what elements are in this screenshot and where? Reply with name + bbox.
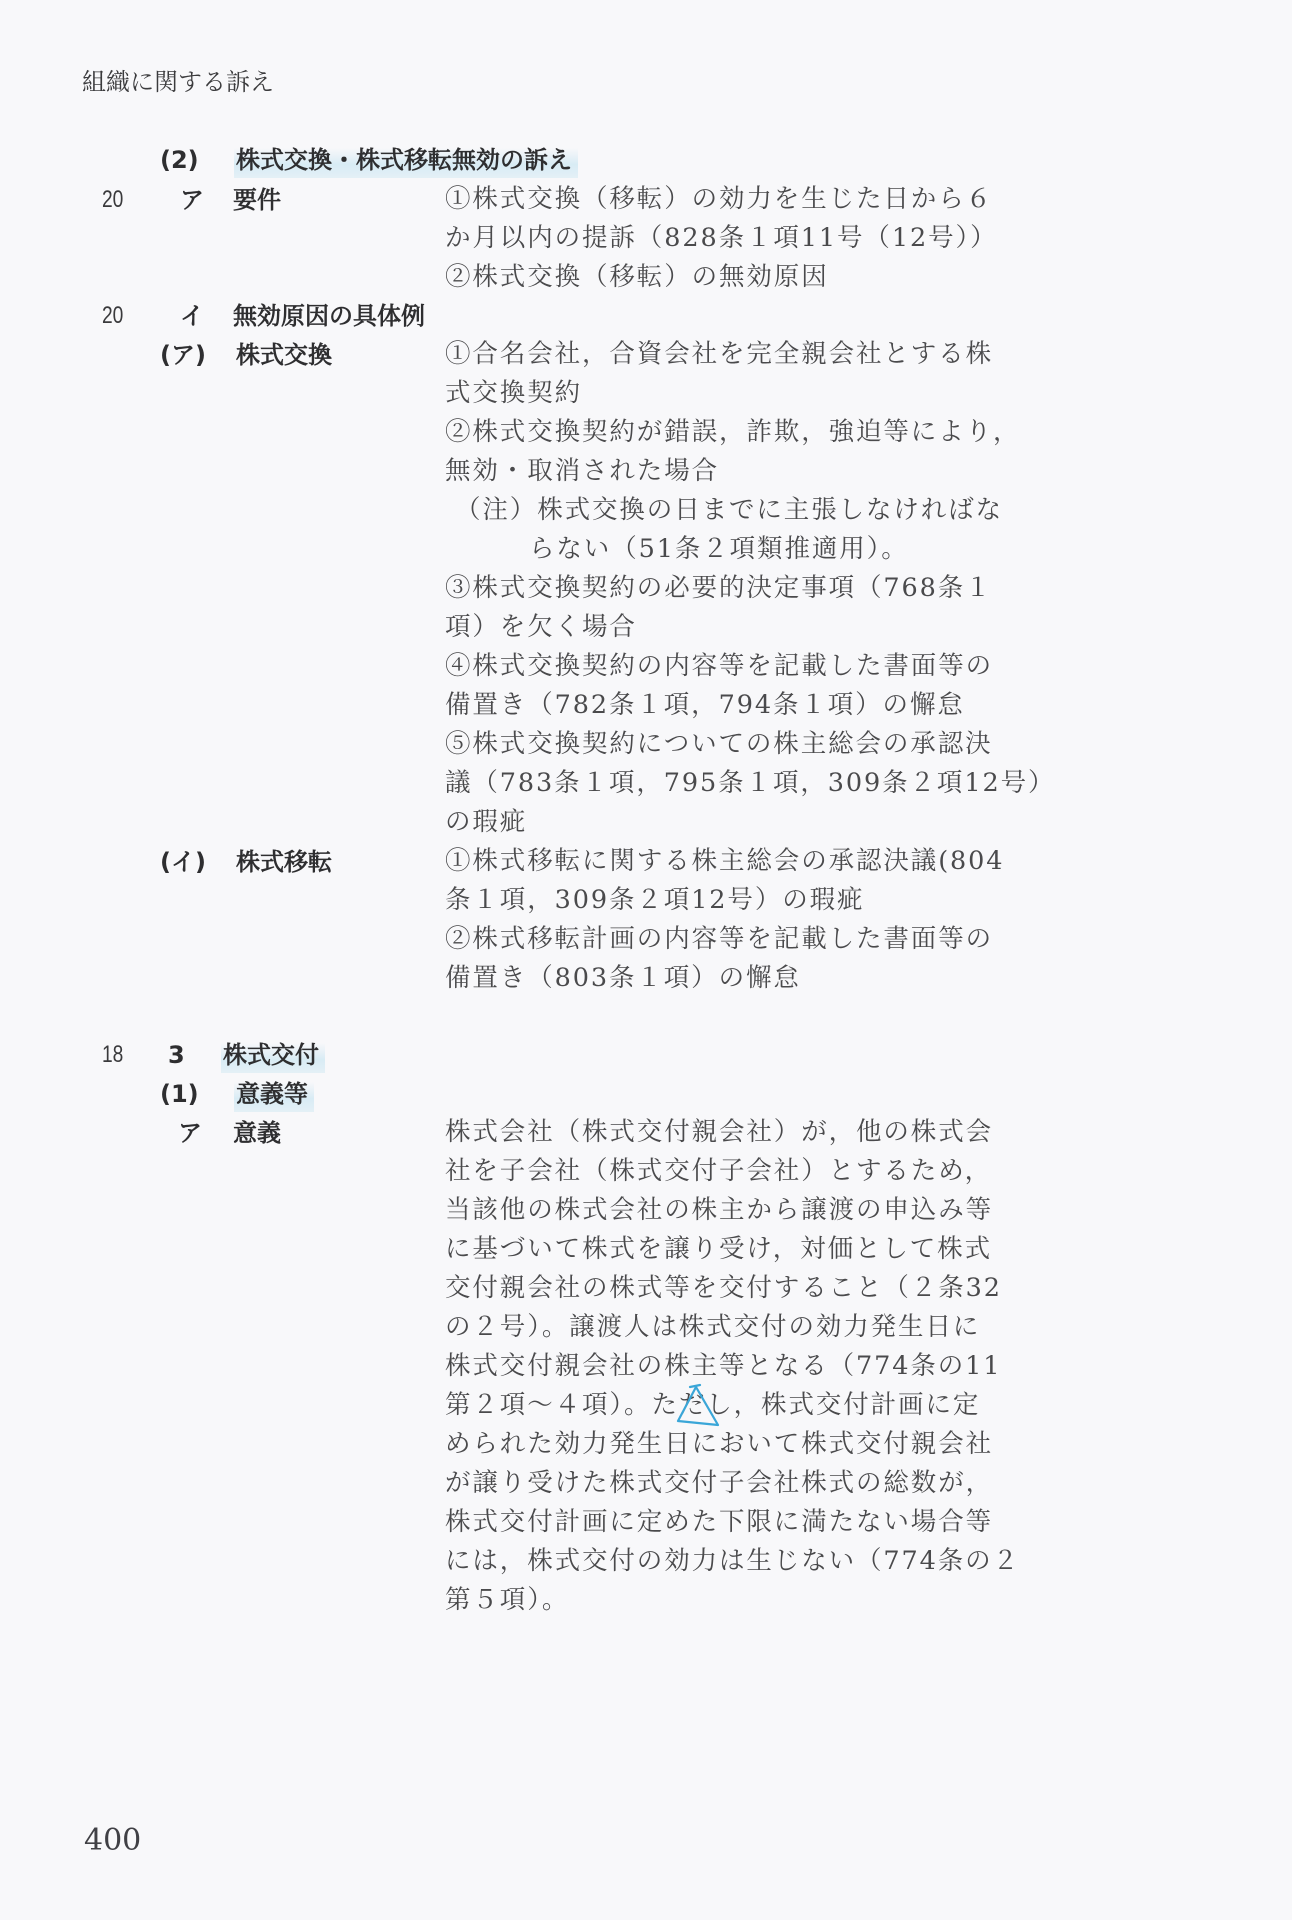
running-header: 組織に関する訴え: [82, 70, 274, 94]
handwritten-triangle-icon: [670, 1383, 730, 1433]
body-line: ④株式交換契約の内容等を記載した書面等の: [445, 654, 993, 680]
body-line: 備置き（803条１項）の懈怠: [445, 966, 801, 992]
subitem-title-share-exchange: 株式交換: [236, 343, 332, 367]
body-line: の瑕疵: [445, 810, 527, 836]
body-line: か月以内の提訴（828条１項11号（12号））: [445, 226, 998, 252]
section-3-title: 株式交付: [221, 1043, 325, 1073]
body-line: 交付親会社の株式等を交付すること（２条32: [445, 1276, 1002, 1302]
body-line: ⑤株式交換契約についての株主総会の承認決: [445, 732, 993, 758]
body-line: ①株式交換（移転）の効力を生じた日から６: [445, 187, 993, 213]
item-title-meaning: 意義: [233, 1121, 281, 1145]
body-line: 株式交付親会社の株主等となる（774条の11: [445, 1354, 1001, 1380]
item-marker: イ: [180, 304, 204, 328]
item-title-requirements: 要件: [233, 188, 281, 212]
subitem-marker: (イ): [160, 850, 206, 874]
subsection-title-significance: 意義等: [234, 1082, 314, 1112]
body-line: 条１項，309条２項12号）の瑕疵: [445, 888, 864, 914]
note-line: らない（51条２項類推適用）。: [529, 537, 909, 563]
item-marker: ア: [178, 1121, 202, 1145]
item-marker: ア: [180, 188, 204, 212]
body-line: 式交換契約: [445, 381, 582, 407]
subitem-title-share-transfer: 株式移転: [236, 850, 332, 874]
margin-number: 18: [102, 1043, 123, 1067]
section-2-marker: (2): [160, 148, 199, 172]
body-line: 無効・取消された場合: [445, 459, 719, 485]
item-title-invalidity-examples: 無効原因の具体例: [233, 304, 425, 328]
section-2-title: 株式交換・株式移転無効の訴え: [234, 148, 578, 178]
body-line: ①合名会社，合資会社を完全親会社とする株: [445, 342, 993, 368]
page-number: 400: [84, 1826, 141, 1856]
body-line: の２号）。譲渡人は株式交付の効力発生日に: [445, 1315, 980, 1341]
body-line: に基づいて株式を譲り受け，対価として株式: [445, 1237, 992, 1263]
body-line: ③株式交換契約の必要的決定事項（768条１: [445, 576, 993, 602]
body-line: 備置き（782条１項，794条１項）の懈怠: [445, 693, 965, 719]
body-line: 項）を欠く場合: [445, 615, 637, 641]
subsection-marker: (1): [160, 1082, 199, 1106]
body-line: には，株式交付の効力は生じない（774条の２: [445, 1549, 1020, 1575]
section-3-marker: 3: [168, 1043, 185, 1067]
note-line: （注）株式交換の日までに主張しなければな: [455, 498, 1003, 524]
margin-number: 20: [102, 304, 123, 328]
subitem-marker: (ア): [160, 343, 206, 367]
body-line: ②株式交換契約が錯誤，詐欺，強迫等により，: [445, 420, 1020, 446]
body-line: ①株式移転に関する株主総会の承認決議(804: [445, 849, 1004, 875]
body-line: ②株式交換（移転）の無効原因: [445, 265, 829, 291]
body-line: 株式交付計画に定めた下限に満たない場合等: [445, 1510, 993, 1536]
body-line: 社を子会社（株式交付子会社）とするため，: [445, 1159, 992, 1185]
body-line: が譲り受けた株式交付子会社株式の総数が，: [445, 1471, 993, 1497]
body-line: 当該他の株式会社の株主から譲渡の申込み等: [445, 1198, 993, 1224]
body-line: 株式会社（株式交付親会社）が，他の株式会: [445, 1120, 993, 1146]
body-line: 議（783条１項，795条１項，309条２項12号）: [445, 771, 1055, 797]
body-line: 第５項）。: [445, 1588, 569, 1614]
body-line: ②株式移転計画の内容等を記載した書面等の: [445, 927, 993, 953]
body-line: められた効力発生日において株式交付親会社: [445, 1432, 993, 1458]
margin-number: 20: [102, 188, 123, 212]
